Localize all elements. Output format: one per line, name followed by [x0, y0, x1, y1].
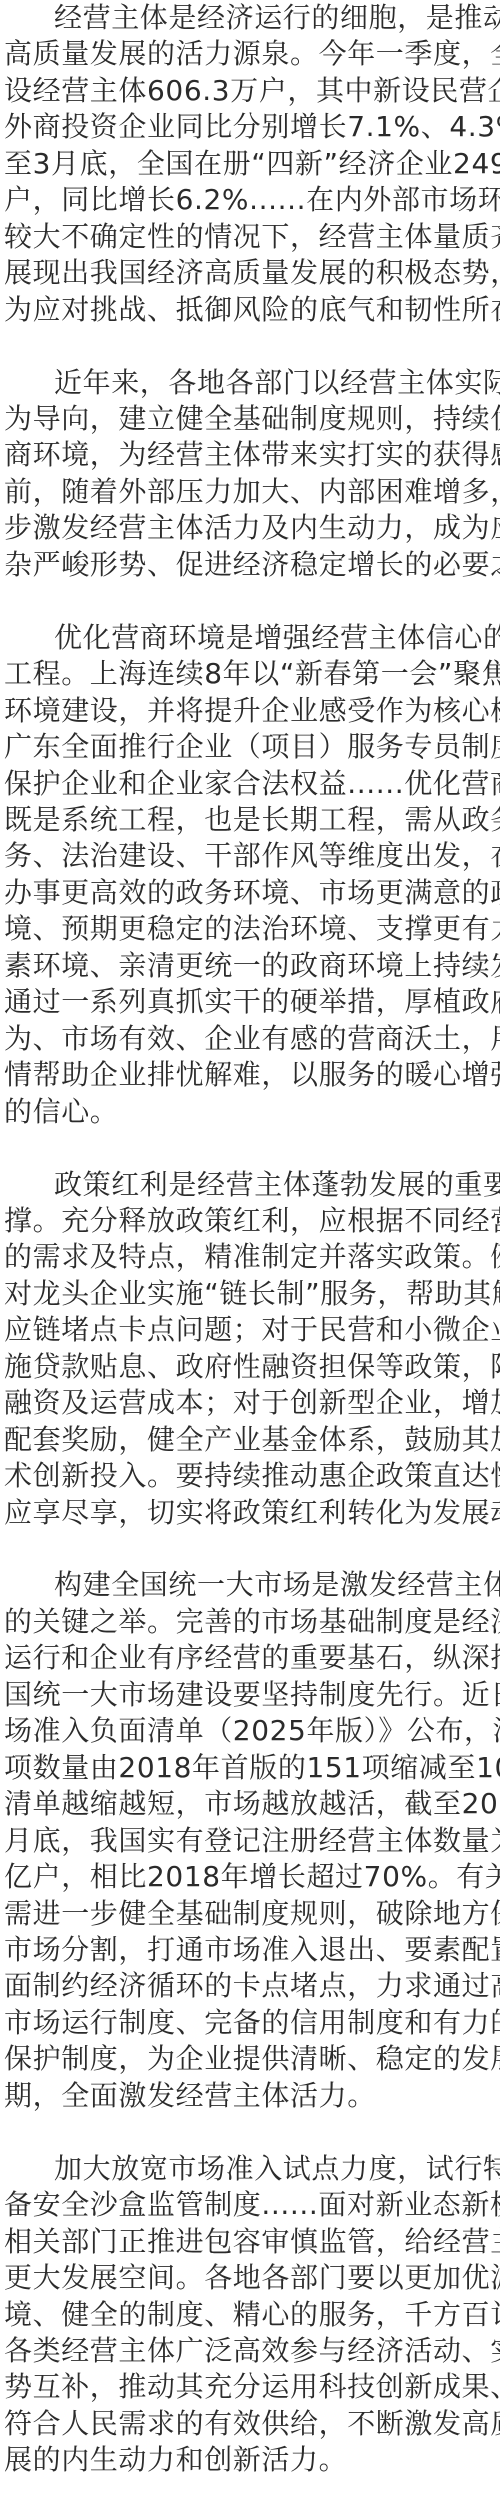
paragraph-line: 保护制度，为企业提供清晰、稳定的发展预: [4, 2041, 496, 2077]
article-body: 经营主体是经济运行的细胞，是推动经济高质量发展的活力源泉。今年一季度，全国新设经…: [0, 0, 500, 2479]
paragraph-line: 融资及运营成本；对于创新型企业，增加资金: [4, 1385, 496, 1421]
paragraph-line: 境、健全的制度、精心的服务，千方百计促进: [4, 2297, 496, 2333]
paragraph-line: 为应对挑战、抵御风险的底气和韧性所在。: [4, 292, 496, 328]
paragraph-line: 至3月底，全国在册“四新”经济企业2491.8万: [4, 146, 496, 182]
paragraph-line: 对龙头企业实施“链长制”服务，帮助其解决供: [4, 1276, 496, 1312]
paragraph-line: 应享尽享，切实将政策红利转化为发展动能。: [4, 1495, 496, 1531]
paragraph-line: 术创新投入。要持续推动惠企政策直达快享、: [4, 1458, 496, 1494]
paragraph-line: 施贷款贴息、政府性融资担保等政策，降低其: [4, 1349, 496, 1385]
paragraph-line: 各类经营主体广泛高效参与经济活动、实现优: [4, 2333, 496, 2369]
article-paragraph: 近年来，各地各部门以经营主体实际需求为导向，建立健全基础制度规则，持续优化营商环…: [4, 365, 496, 584]
paragraph-line: 既是系统工程，也是长期工程，需从政务服: [4, 802, 496, 838]
paragraph-line: 保护企业和企业家合法权益......优化营商环境: [4, 766, 496, 802]
paragraph-line: 展的内生动力和创新活力。: [4, 2442, 496, 2478]
article-paragraph: 政策红利是经营主体蓬勃发展的重要支撑。充分释放政策红利，应根据不同经营主体的需求…: [4, 1167, 496, 1532]
paragraph-line: 场准入负面清单（2025年版）》公布，清单事: [4, 1713, 496, 1749]
paragraph-line: 商环境，为经营主体带来实打实的获得感。当: [4, 437, 496, 473]
paragraph-line: 户，同比增长6.2%......在内外部市场环境面临: [4, 182, 496, 218]
paragraph-line: 展现出我国经济高质量发展的积极态势，也成: [4, 255, 496, 291]
paragraph-line: 亿户，相比2018年增长超过70%。有关部门还: [4, 1859, 496, 1895]
paragraph-line: 市场运行制度、完备的信用制度和有力的产权: [4, 2005, 496, 2041]
paragraph-line: 清单越缩越短，市场越放越活，截至2024年11: [4, 1786, 496, 1822]
paragraph-line: 月底，我国实有登记注册经营主体数量为1.89: [4, 1823, 496, 1859]
paragraph-line: 高质量发展的活力源泉。今年一季度，全国新: [4, 36, 496, 72]
paragraph-line: 国统一大市场建设要坚持制度先行。近日，《市: [4, 1677, 496, 1713]
paragraph-line: 通过一系列真抓实干的硬举措，厚植政府有: [4, 984, 496, 1020]
paragraph-line: 需进一步健全基础制度规则，破除地方保护和: [4, 1896, 496, 1932]
paragraph-line: 为、市场有效、企业有感的营商沃土，用心用: [4, 1021, 496, 1057]
paragraph-line: 环境建设，并将提升企业感受作为核心标准；: [4, 693, 496, 729]
paragraph-line: 经营主体是经济运行的细胞，是推动经济: [4, 0, 496, 36]
paragraph-line: 备安全沙盒监管制度......面对新业态新模式，: [4, 2187, 496, 2223]
paragraph-line: 更大发展空间。各地各部门要以更加优渥的环: [4, 2260, 496, 2296]
article-paragraph: 加大放宽市场准入试点力度，试行特种设备安全沙盒监管制度......面对新业态新模…: [4, 2151, 496, 2479]
paragraph-line: 杂严峻形势、促进经济稳定增长的必要之举。: [4, 547, 496, 583]
paragraph-line: 项数量由2018年首版的151项缩减至106项。: [4, 1750, 496, 1786]
paragraph-line: 的关键之举。完善的市场基础制度是经济有效: [4, 1604, 496, 1640]
article-paragraph: 构建全国统一大市场是激发经营主体活力的关键之举。完善的市场基础制度是经济有效运行…: [4, 1567, 496, 2114]
paragraph-line: 境、预期更稳定的法治环境、支撑更有力的要: [4, 911, 496, 947]
paragraph-line: 务、法治建设、干部作风等维度出发，在打造: [4, 838, 496, 874]
paragraph-line: 运行和企业有序经营的重要基石，纵深推进全: [4, 1640, 496, 1676]
paragraph-line: 较大不确定性的情况下，经营主体量质齐升，: [4, 219, 496, 255]
paragraph-line: 办事更高效的政务环境、市场更满意的政策环: [4, 875, 496, 911]
paragraph-line: 优化营商环境是增强经营主体信心的基础: [4, 620, 496, 656]
paragraph-line: 市场分割，打通市场准入退出、要素配置等方: [4, 1932, 496, 1968]
paragraph-line: 应链堵点卡点问题；对于民营和小微企业，实: [4, 1312, 496, 1348]
paragraph-line: 期，全面激发经营主体活力。: [4, 2078, 496, 2114]
paragraph-line: 面制约经济循环的卡点堵点，力求通过高效的: [4, 1968, 496, 2004]
article-paragraph: 经营主体是经济运行的细胞，是推动经济高质量发展的活力源泉。今年一季度，全国新设经…: [4, 0, 496, 328]
paragraph-line: 的信心。: [4, 1094, 496, 1130]
paragraph-line: 符合人民需求的有效供给，不断激发高质量发: [4, 2406, 496, 2442]
paragraph-line: 近年来，各地各部门以经营主体实际需求: [4, 365, 496, 401]
paragraph-line: 素环境、亲清更统一的政商环境上持续发力，: [4, 948, 496, 984]
paragraph-line: 前，随着外部压力加大、内部困难增多，进一: [4, 474, 496, 510]
paragraph-line: 构建全国统一大市场是激发经营主体活力: [4, 1567, 496, 1603]
paragraph-line: 情帮助企业排忧解难，以服务的暖心增强企业: [4, 1057, 496, 1093]
paragraph-line: 加大放宽市场准入试点力度，试行特种设: [4, 2151, 496, 2187]
paragraph-line: 撑。充分释放政策红利，应根据不同经营主体: [4, 1203, 496, 1239]
paragraph-line: 设经营主体606.3万户，其中新设民营企业、: [4, 73, 496, 109]
article-paragraph: 优化营商环境是增强经营主体信心的基础工程。上海连续8年以“新春第一会”聚焦营商环…: [4, 620, 496, 1130]
paragraph-line: 为导向，建立健全基础制度规则，持续优化营: [4, 401, 496, 437]
paragraph-line: 相关部门正推进包容审慎监管，给经营主体以: [4, 2224, 496, 2260]
paragraph-line: 配套奖励，健全产业基金体系，鼓励其加大技: [4, 1422, 496, 1458]
paragraph-line: 的需求及特点，精准制定并落实政策。例如，: [4, 1239, 496, 1275]
paragraph-line: 政策红利是经营主体蓬勃发展的重要支: [4, 1167, 496, 1203]
paragraph-line: 势互补，推动其充分运用科技创新成果、创造: [4, 2369, 496, 2405]
paragraph-line: 广东全面推行企业（项目）服务专员制度，更好: [4, 729, 496, 765]
paragraph-line: 步激发经营主体活力及内生动力，成为应对复: [4, 510, 496, 546]
paragraph-line: 工程。上海连续8年以“新春第一会”聚焦营商: [4, 656, 496, 692]
paragraph-line: 外商投资企业同比分别增长7.1%、4.3%；截: [4, 109, 496, 145]
